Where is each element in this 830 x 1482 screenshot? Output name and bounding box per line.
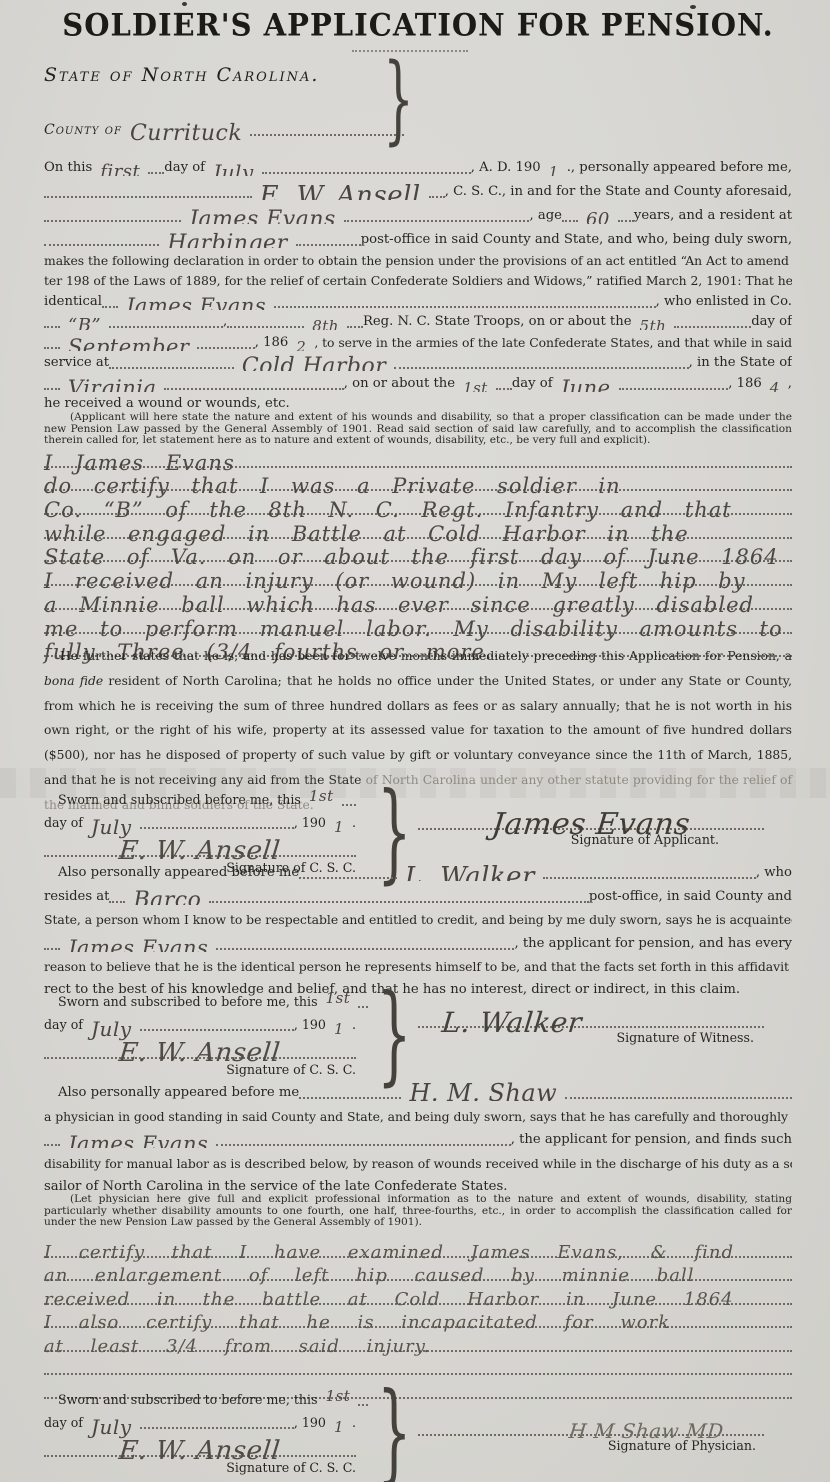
dotted-rule: [358, 1404, 368, 1406]
decl-line-11: Virginia , on or about the 1st day of Ju…: [44, 371, 792, 392]
printed-text: day of: [512, 376, 553, 392]
printed-text: State, a person whom I know to be respec…: [44, 912, 792, 928]
state-heading: State of North Carolina.: [44, 64, 792, 86]
applicant-instruction-note: (Applicant will here state the nature an…: [44, 412, 792, 447]
printed-text: day of: [751, 314, 792, 330]
printed-text: , 186: [728, 376, 762, 392]
dotted-rule: [618, 220, 634, 222]
printed-text: day of: [44, 815, 83, 831]
printed-text: .: [352, 1017, 356, 1033]
oath-month-value: July: [83, 1421, 140, 1433]
printed-text: , on or about the: [344, 376, 455, 392]
dotted-rule: [109, 367, 234, 369]
dotted-rule: [109, 901, 125, 903]
wound-day-value: 1st: [455, 382, 496, 392]
dotted-rule: [496, 388, 512, 390]
printed-text: he received a wound or wounds, etc.: [44, 396, 290, 412]
wound-year-digit: 4: [762, 382, 788, 392]
dotted-rule: [109, 326, 223, 328]
enlist-year-digit: 2: [288, 341, 314, 351]
printed-text: post-office, in said County and: [589, 889, 792, 905]
dotted-rule: [216, 1144, 510, 1146]
printed-text: ter 198 of the Laws of 1889, for the rel…: [44, 273, 792, 289]
identical-name-value: James Evans: [118, 300, 274, 310]
dotted-rule: [543, 877, 756, 879]
physician-signature: H M Shaw MD: [560, 1426, 732, 1436]
applicant-name-value: James Evans: [181, 214, 344, 224]
decl-line-5: makes the following declaration in order…: [44, 248, 792, 269]
printed-text: Sworn and subscribed before me, this: [58, 792, 301, 808]
decl-line-6: ter 198 of the Laws of 1889, for the rel…: [44, 269, 792, 290]
date-line: day of July , 190 1 .: [44, 1010, 356, 1033]
scan-speck: [182, 2, 187, 6]
printed-text: .: [352, 1415, 356, 1431]
dotted-rule: [262, 172, 471, 174]
dotted-rule: [674, 326, 751, 328]
handwritten-text: me to perform manuel labor. My disabilit…: [44, 623, 783, 635]
applicant-signature: James Evans: [483, 820, 698, 830]
handwritten-text: State of Va. on or about the first day o…: [44, 551, 779, 563]
dotted-rule: [140, 1029, 294, 1031]
witness-signature-rule: L. Walker: [418, 1000, 764, 1028]
dotted-rule: [44, 948, 60, 950]
printed-text: , in the State of: [689, 355, 792, 371]
printed-text: , 190: [294, 1415, 326, 1431]
wound-month-value: June: [553, 382, 619, 392]
handwritten-text: I James Evans: [44, 457, 235, 469]
decl-line-8: “B” , 8th Reg. N. C. State Troops, on or…: [44, 310, 792, 331]
printed-text: a physician in good standing in said Cou…: [44, 1109, 792, 1125]
dotted-rule: [44, 347, 60, 349]
curly-brace: [383, 58, 414, 140]
oath-right-column: H M Shaw MD Signature of Physician.: [418, 1408, 764, 1453]
dotted-rule: [44, 1144, 60, 1146]
oath-left-column: Sworn and subscribed to before me, this …: [44, 1390, 356, 1475]
dotted-rule: [197, 347, 254, 349]
printed-text: , C. S. C., in and for the State and Cou…: [445, 184, 792, 200]
oath-day-value: 1st: [301, 790, 342, 802]
age-value: 60: [578, 214, 618, 224]
company-value: “B”: [60, 320, 109, 330]
sworn-line: Sworn and subscribed to before me, this …: [44, 1390, 356, 1408]
oath-month-value: July: [83, 821, 140, 833]
oath-day-value: 1st: [318, 1390, 359, 1402]
printed-text: , 190: [294, 1017, 326, 1033]
dotted-rule: [216, 948, 514, 950]
decl-line-2: E. W. Ansell , C. S. C., in and for the …: [44, 176, 792, 200]
physician-signature-rule: H M Shaw MD: [418, 1408, 764, 1436]
dotted-rule: [358, 1006, 368, 1008]
witness-residence-value: Barco: [125, 895, 209, 905]
dotted-rule: [44, 388, 60, 390]
county-value: Currituck: [122, 128, 250, 140]
examined-name-value: James Evans: [60, 1138, 216, 1148]
printed-text: Sworn and subscribed to before me, this: [58, 1392, 318, 1408]
printed-text: service at: [44, 355, 109, 371]
physician-statement: I certify that I have examined James Eva…: [44, 1234, 792, 1399]
printed-text: ., personally appeared before me,: [567, 160, 792, 176]
paragraph-text-italic: bona fide: [44, 674, 103, 688]
printed-text: resides at: [44, 889, 109, 905]
printed-text: On this: [44, 160, 92, 176]
printed-text: , the applicant for pension, and finds s…: [511, 1132, 792, 1148]
printed-text: , to serve in the armies of the late Con…: [314, 335, 792, 351]
applicant-signature-rule: James Evans: [418, 802, 764, 830]
physician-line-2: a physician in good standing in said Cou…: [44, 1101, 792, 1124]
county-line: County of Currituck: [44, 106, 404, 138]
oath-day-value: 1st: [318, 992, 359, 1004]
page-title: SOLDIER'S APPLICATION FOR PENSION.: [44, 7, 792, 43]
witness-line-2: resides at Barco post-office, in said Co…: [44, 881, 792, 904]
oath-month-value: July: [83, 1023, 140, 1035]
decl-line-10: service at Cold Harbor , in the State of: [44, 351, 792, 372]
county-label: County of: [44, 122, 122, 138]
decl-line-12: he received a wound or wounds, etc.: [44, 392, 792, 413]
date-line: day of July , 190 1 .: [44, 1408, 356, 1431]
decl-line-3: James Evans , age 60 years, and a reside…: [44, 200, 792, 224]
dotted-rule: [299, 877, 397, 879]
dotted-rule: [342, 804, 356, 806]
handwritten-text: received in the battle at Cold Harbor in…: [44, 1294, 734, 1306]
oath-block-physician: Sworn and subscribed to before me, this …: [44, 1390, 792, 1482]
dotted-rule: [140, 827, 294, 829]
dotted-rule: [347, 326, 363, 328]
oath-left-column: Sworn and subscribed to before me, this …: [44, 992, 356, 1077]
dotted-rule: [619, 388, 729, 390]
dotted-rule: [102, 306, 118, 308]
dotted-rule: [44, 326, 60, 328]
printed-text: Also personally appeared before me: [44, 1085, 299, 1101]
csc-signature: E. W. Ansell: [111, 846, 289, 856]
paragraph-text: He further states that he is, and has be…: [60, 649, 792, 663]
declaration-section: On this first day of July , A. D. 190 1 …: [44, 152, 792, 412]
printed-text: , who enlisted in Co.: [656, 294, 792, 310]
printed-text: years, and a resident at: [634, 208, 792, 224]
handwritten-text: at least 3/4 from said injury.: [44, 1341, 430, 1353]
printed-text: identical: [44, 294, 102, 310]
dotted-rule: [44, 220, 181, 222]
physician-name-value: H. M. Shaw: [401, 1087, 565, 1099]
printed-text: day of: [164, 160, 205, 176]
handwritten-text: I certify that I have examined James Eva…: [44, 1247, 734, 1259]
dotted-rule: [44, 244, 159, 246]
physician-line-5: sailor of North Carolina in the service …: [44, 1172, 792, 1195]
pension-application-document: SOLDIER'S APPLICATION FOR PENSION. State…: [0, 0, 830, 1482]
sworn-line: Sworn and subscribed before me, this 1st: [44, 790, 356, 808]
physician-line-4: disability for manual labor as is descri…: [44, 1148, 792, 1171]
printed-text: , 190: [294, 815, 326, 831]
printed-text: , A. D. 190: [471, 160, 541, 176]
oath-right-column: L. Walker Signature of Witness.: [418, 1000, 764, 1045]
dotted-rule: [429, 196, 445, 198]
dotted-rule: [148, 172, 164, 174]
enlist-month-value: September: [60, 341, 197, 351]
witness-signature: L. Walker: [433, 1018, 590, 1028]
oath-year-digit: 1: [326, 821, 352, 833]
dotted-rule: [394, 367, 688, 369]
oath-block-witness: Sworn and subscribed to before me, this …: [44, 992, 792, 1092]
handwritten-text: do certify that I was a Private soldier …: [44, 480, 621, 492]
witness-name-value: L. Walker: [397, 871, 543, 881]
physician-section: Also personally appeared before me H. M.…: [44, 1078, 792, 1195]
clerk-name-value: E. W. Ansell: [252, 190, 429, 200]
physician-statement-line: I certify that I have examined James Eva…: [44, 1234, 792, 1258]
printed-text: makes the following declaration in order…: [44, 253, 792, 269]
oath-year-digit: 1: [326, 1421, 352, 1433]
handwritten-text: I received an injury (or wound) in My le…: [44, 575, 746, 587]
handwritten-text: a Minnie ball which has ever since great…: [44, 599, 754, 611]
printed-text: post-office in said County and State, an…: [361, 232, 792, 248]
decl-line-4: Harbinger post-office in said County and…: [44, 224, 792, 248]
handwritten-text: I also certify that he is incapacitated …: [44, 1317, 670, 1329]
oath-year-digit: 1: [326, 1023, 352, 1035]
printed-text: , the applicant for pension, and has eve…: [514, 936, 792, 952]
witness-line-4: James Evans , the applicant for pension,…: [44, 928, 792, 951]
dotted-rule: [299, 1097, 401, 1099]
dotted-rule: [274, 306, 655, 308]
handwritten-text: while engaged in Battle at Cold Harbor i…: [44, 528, 689, 540]
curly-brace: [377, 1388, 411, 1478]
printed-text: disability for manual labor as is descri…: [44, 1156, 792, 1172]
regiment-value: 8th: [304, 320, 347, 330]
csc-signature: E. W. Ansell: [111, 1048, 289, 1058]
dotted-rule: [140, 1427, 294, 1429]
witness-line-3: State, a person whom I know to be respec…: [44, 905, 792, 928]
service-place-value: Cold Harbor: [234, 361, 394, 371]
dotted-rule: [250, 134, 404, 136]
applicant-statement: I James Evans do certify that I was a Pr…: [44, 444, 792, 657]
dotted-rule: [562, 220, 578, 222]
printed-text: , who: [756, 865, 792, 881]
witness-line-1: Also personally appeared before me L. Wa…: [44, 858, 792, 881]
appearance-month-value: July: [205, 166, 262, 176]
oath-right-column: James Evans Signature of Applicant.: [418, 802, 764, 847]
sworn-line: Sworn and subscribed to before me, this …: [44, 992, 356, 1010]
service-state-value: Virginia: [60, 382, 164, 392]
printed-text: reason to believe that he is the identic…: [44, 959, 792, 975]
witness-section: Also personally appeared before me L. Wa…: [44, 858, 792, 998]
dotted-rule: [44, 196, 252, 198]
printed-text: , age: [529, 208, 562, 224]
printed-text: , 186: [255, 335, 289, 351]
dotted-rule: [344, 220, 530, 222]
handwritten-text: Co. “B” of the 8th N. C. Regt. Infantry …: [44, 504, 732, 516]
witness-line-5: reason to believe that he is the identic…: [44, 952, 792, 975]
physician-line-1: Also personally appeared before me H. M.…: [44, 1078, 792, 1101]
dotted-rule: [296, 244, 361, 246]
appearance-year-digit: 1: [541, 166, 567, 176]
curly-brace: [377, 990, 411, 1080]
physician-line-3: James Evans , the applicant for pension,…: [44, 1125, 792, 1148]
printed-text: Also personally appeared before me: [44, 865, 299, 881]
printed-text: Reg. N. C. State Troops, on or about the: [363, 314, 632, 330]
dotted-rule: [209, 901, 589, 903]
date-line: day of July , 190 1 .: [44, 808, 356, 831]
dotted-rule: [227, 326, 304, 328]
decl-line-9: September , 186 2 , to serve in the armi…: [44, 330, 792, 351]
appearance-day-value: first: [92, 166, 148, 176]
printed-text: day of: [44, 1415, 83, 1431]
printed-text: Sworn and subscribed to before me, this: [58, 994, 318, 1010]
decl-line-1: On this first day of July , A. D. 190 1 …: [44, 152, 792, 176]
handwritten-text: an enlargement of left hip caused by min…: [44, 1270, 695, 1282]
printed-text: day of: [44, 1017, 83, 1033]
decl-line-7: identical James Evans , who enlisted in …: [44, 289, 792, 310]
enlist-day-value: 5th: [632, 320, 675, 330]
printed-text: ,: [788, 376, 792, 392]
physician-instruction-note: (Let physician here give full and explic…: [44, 1194, 792, 1229]
postoffice-value: Harbinger: [159, 238, 295, 248]
dotted-rule: [164, 388, 343, 390]
statement-line: I James Evans: [44, 444, 792, 468]
dotted-rule: [565, 1097, 792, 1099]
acquainted-name-value: James Evans: [60, 942, 216, 952]
csc-signature: E. W. Ansell: [111, 1446, 289, 1456]
printed-text: .: [352, 815, 356, 831]
